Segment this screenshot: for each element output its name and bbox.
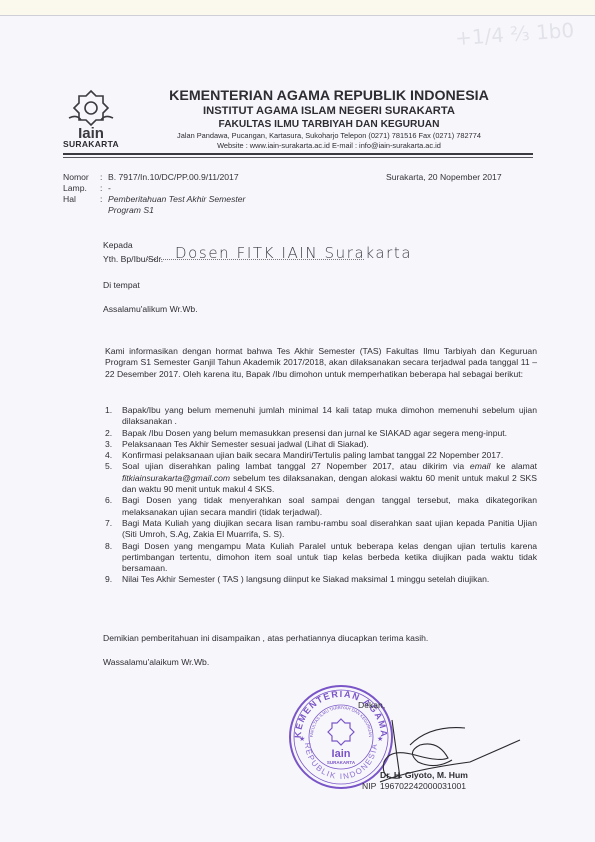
nip-value: 196702242000031001 [380, 781, 466, 791]
nomor-colon: : [100, 172, 102, 182]
hal-value-line2: Program S1 [108, 205, 154, 215]
letterhead-address: Jalan Pandawa, Pucangan, Kartasura, Suko… [130, 131, 528, 140]
list-item: 9.Nilai Tes Akhir Semester ( TAS ) langs… [105, 574, 537, 585]
email-word: email [470, 461, 491, 471]
iain-emblem-icon: Iain [63, 88, 119, 140]
letterhead-faculty: FAKULTAS ILMU TARBIYAH DAN KEGURUAN [130, 119, 528, 130]
svg-text:Iain: Iain [78, 125, 104, 140]
list-item: 5.Soal ujian diserahkan paling lambat ta… [105, 461, 537, 495]
faint-handwritten-mark: +1/4 ⅔ 1b0 [454, 18, 575, 50]
letterhead-contact: Website : www.iain-surakarta.ac.id E-mai… [130, 141, 528, 150]
letterhead-rule-thin [63, 157, 533, 158]
list-item: 8.Bagi Dosen yang mengampu Mata Kuliah P… [105, 541, 537, 575]
lamp-colon: : [100, 183, 102, 193]
hal-value-line1: Pemberitahuan Test Akhir Semester [108, 194, 245, 204]
svg-text:SURAKARTA: SURAKARTA [327, 760, 356, 765]
kepada-label: Kepada [103, 240, 133, 250]
hal-label: Hal [63, 194, 76, 204]
greeting: Assalamu'alikum Wr.Wb. [103, 304, 198, 314]
farewell: Wassalamu'alaikum Wr.Wb. [103, 657, 209, 667]
nomor-value: B. 7917/In.10/DC/PP.00.9/11/2017 [108, 172, 239, 182]
logo-caption: SURAKARTA [63, 139, 119, 149]
hal-colon: : [100, 194, 102, 204]
list-item: 2.Bapak /Ibu Dosen yang belum memasukkan… [105, 428, 537, 439]
letterhead-ministry: KEMENTERIAN AGAMA REPUBLIK INDONESIA [130, 88, 528, 104]
list-item: 6.Bagi Dosen yang tidak menyerahkan soal… [105, 495, 537, 518]
svg-text:Iain: Iain [332, 748, 351, 760]
letterhead-rule [63, 153, 533, 155]
list-item: 1.Bapak/Ibu yang belum memenuhi jumlah m… [105, 405, 537, 428]
closing-sentence: Demikian pemberitahuan ini disampaikan ,… [103, 633, 428, 643]
list-item: 4.Konfirmasi pelaksanaan ujian baik seca… [105, 450, 537, 461]
lamp-label: Lamp. [63, 183, 87, 193]
place-date: Surakarta, 20 Nopember 2017 [386, 172, 502, 182]
email-address-link[interactable]: fitkiainsurakarta@gmail.com [122, 473, 230, 483]
list-item: 3.Pelaksanaan Tes Akhir Semester sesuai … [105, 439, 537, 450]
scan-top-edge [0, 0, 595, 16]
signatory-name: Dr. H. Giyoto, M. Hum [380, 770, 468, 780]
nomor-label: Nomor [63, 172, 89, 182]
lamp-value: - [108, 183, 111, 193]
instruction-list: 1.Bapak/Ibu yang belum memenuhi jumlah m… [105, 405, 537, 586]
nip-label: NIP [362, 781, 376, 791]
di-tempat: Di tempat [103, 280, 140, 290]
letterhead-institute: INSTITUT AGAMA ISLAM NEGERI SURAKARTA [130, 105, 528, 117]
svg-text:★: ★ [299, 735, 305, 743]
list-item: 7.Bagi Mata Kuliah yang diujikan secara … [105, 518, 537, 541]
intro-paragraph: Kami informasikan dengan hormat bahwa Te… [105, 346, 537, 380]
recipient-handwritten: Dosen FITK IAIN Surakarta [175, 244, 412, 262]
